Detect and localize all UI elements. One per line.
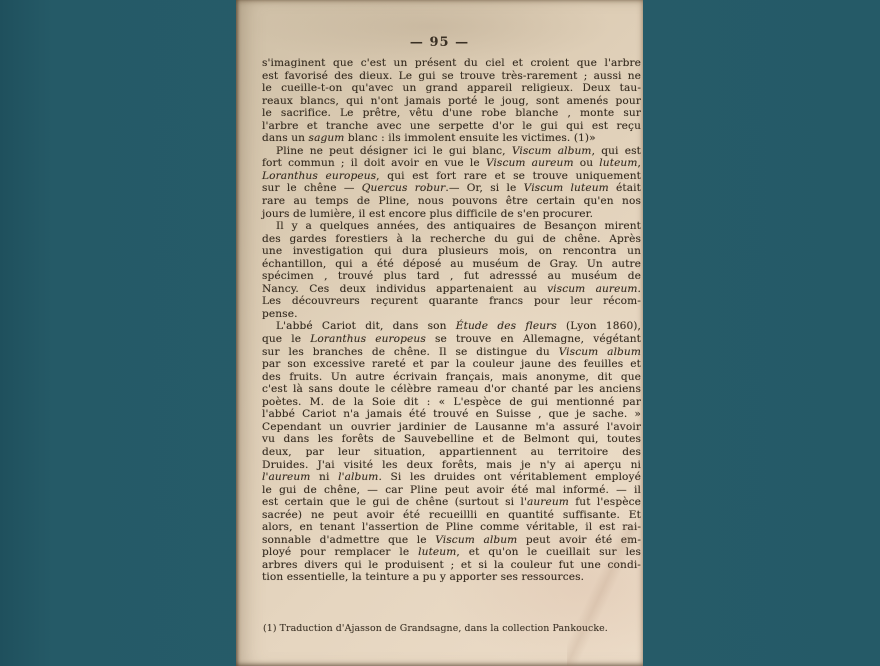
- footnote: (1) Traduction d'Ajasson de Grandsagne, …: [263, 623, 635, 634]
- text-segment: peut avoir été em-: [517, 534, 641, 546]
- text-segment: fut l'espèce: [569, 496, 641, 508]
- text-segment: pense.: [262, 308, 298, 320]
- text-segment: dans un: [262, 132, 309, 144]
- text-segment: le cueille-t-on qu'avec un grand apparei…: [262, 82, 641, 94]
- text-line: Nancy. Ces deux individus appartenaient …: [262, 283, 641, 296]
- text-line: dans un sagum blanc : ils immolent ensui…: [262, 132, 641, 145]
- latin-species-name: Viscum luteum: [524, 182, 609, 194]
- text-line: le cueille-t-on qu'avec un grand apparei…: [262, 82, 641, 95]
- latin-species-name: Viscum album: [559, 346, 641, 358]
- text-segment: spécimen , trouvé plus tard , fut adress…: [262, 270, 641, 282]
- text-segment: sur le chêne —: [262, 182, 362, 194]
- text-block: s'imaginent que c'est un présent du ciel…: [262, 57, 641, 584]
- text-line: pense.: [262, 308, 641, 321]
- text-line: Il y a quelques années, des antiquaires …: [262, 220, 641, 233]
- text-segment: le gui de chêne, — car Pline peut avoir …: [262, 484, 641, 496]
- text-line: reaux blancs, qui n'ont jamais porté le …: [262, 95, 641, 108]
- text-segment: (Lyon 1860),: [557, 320, 641, 332]
- text-segment: . Si les druides ont véritablement emplo…: [378, 471, 641, 483]
- text-line: l'arbre et tranche avec une serpette d'o…: [262, 120, 641, 133]
- text-line: Cependant un ouvrier jardinier de Lausan…: [262, 421, 641, 434]
- text-segment: Nancy. Ces deux individus appartenaient …: [262, 283, 547, 295]
- latin-species-name: sagum: [309, 132, 345, 144]
- text-segment: , qui est fort rare et se trouve uniquem…: [376, 170, 641, 182]
- latin-species-name: Étude des fleurs: [456, 320, 557, 332]
- paragraph: Pline ne peut désigner ici le gui blanc,…: [262, 145, 641, 220]
- paragraph: s'imaginent que c'est un présent du ciel…: [262, 57, 641, 145]
- text-line: L'abbé Cariot dit, dans son Étude des fl…: [262, 320, 641, 333]
- text-segment: blanc : ils immolent ensuite les victime…: [344, 132, 595, 144]
- text-line: poètes. M. de la Soie dit : « L'espèce d…: [262, 396, 641, 409]
- text-line: s'imaginent que c'est un présent du ciel…: [262, 57, 641, 70]
- text-segment: alors, en tenant l'assertion de Pline co…: [262, 521, 641, 533]
- text-segment: .— Or, si le: [445, 182, 523, 194]
- text-segment: vu dans les forêts de Sauvebelline et de…: [262, 433, 641, 445]
- text-line: sur les branches de chêne. Il se disting…: [262, 346, 641, 359]
- text-segment: reaux blancs, qui n'ont jamais porté le …: [262, 95, 641, 107]
- text-line: sacrée) ne peut avoir été recueillli en …: [262, 509, 641, 522]
- book-page: — 95 — s'imaginent que c'est un présent …: [236, 0, 643, 666]
- text-segment: Druides. J'ai visité les deux forêts, ma…: [262, 459, 641, 471]
- text-segment: se trouve en Allemagne, végétant: [426, 333, 641, 345]
- text-segment: l'abbé Cariot n'a jamais été trouvé en S…: [262, 408, 641, 420]
- text-line: arbres divers qui le produisent ; et si …: [262, 559, 641, 572]
- latin-species-name: Viscum aureum: [486, 157, 574, 169]
- text-segment: fort commun ; il doit avoir en vue le: [262, 157, 486, 169]
- text-line: alors, en tenant l'assertion de Pline co…: [262, 521, 641, 534]
- text-segment: une investigation qui dura plusieurs moi…: [262, 245, 641, 257]
- page-number: — 95 —: [236, 35, 643, 50]
- text-line: est favorisé des dieux. Le gui se trouve…: [262, 70, 641, 83]
- text-line: sonnable d'admettre que le Viscum album …: [262, 534, 641, 547]
- text-segment: arbres divers qui le produisent ; et si …: [262, 559, 641, 571]
- latin-species-name: aureum: [527, 496, 569, 508]
- latin-species-name: Quercus robur: [362, 182, 446, 194]
- text-segment: ployé pour remplacer le: [262, 546, 418, 558]
- text-segment: Cependant un ouvrier jardinier de Lausan…: [262, 421, 641, 433]
- text-segment: est certain que le gui de chêne (surtout…: [262, 496, 527, 508]
- text-segment: Pline ne peut désigner ici le gui blanc,: [276, 145, 512, 157]
- text-line: des gardes forestiers à la recherche du …: [262, 233, 641, 246]
- text-line: spécimen , trouvé plus tard , fut adress…: [262, 270, 641, 283]
- text-line: Les découvreurs reçurent quarante francs…: [262, 295, 641, 308]
- text-line: le gui de chêne, — car Pline peut avoir …: [262, 484, 641, 497]
- text-segment: ou: [574, 157, 600, 169]
- latin-species-name: luteum: [599, 157, 637, 169]
- text-line: une investigation qui dura plusieurs moi…: [262, 245, 641, 258]
- text-line: Druides. J'ai visité les deux forêts, ma…: [262, 459, 641, 472]
- text-segment: , et qu'on le cueillait sur les: [456, 546, 641, 558]
- text-line: c'est là sans doute le célèbre rameau d'…: [262, 383, 641, 396]
- text-segment: était: [609, 182, 641, 194]
- text-line: sur le chêne — Quercus robur.— Or, si le…: [262, 182, 641, 195]
- text-segment: L'abbé Cariot dit, dans son: [276, 320, 456, 332]
- text-segment: .: [638, 283, 641, 295]
- text-segment: deux, par leur situation, appartiennent …: [262, 446, 641, 458]
- text-segment: c'est là sans doute le célèbre rameau d'…: [262, 383, 641, 395]
- text-segment: poètes. M. de la Soie dit : « L'espèce d…: [262, 396, 641, 408]
- text-segment: sonnable d'admettre que le: [262, 534, 435, 546]
- paragraph: Il y a quelques années, des antiquaires …: [262, 220, 641, 320]
- text-segment: sur les branches de chêne. Il se disting…: [262, 346, 559, 358]
- text-line: vu dans les forêts de Sauvebelline et de…: [262, 433, 641, 446]
- text-line: que le Loranthus europeus se trouve en A…: [262, 333, 641, 346]
- text-line: échantillon, qui a été déposé au muséum …: [262, 258, 641, 271]
- text-segment: ,: [638, 157, 641, 169]
- text-segment: sacrée) ne peut avoir été recueillli en …: [262, 509, 641, 521]
- text-segment: , qui est: [592, 145, 641, 157]
- paragraph: L'abbé Cariot dit, dans son Étude des fl…: [262, 320, 641, 583]
- text-segment: s'imaginent que c'est un présent du ciel…: [262, 57, 641, 69]
- text-segment: des fruits. Un autre écrivain français, …: [262, 371, 641, 383]
- latin-species-name: l'aureum: [262, 471, 310, 483]
- text-segment: Il y a quelques années, des antiquaires …: [276, 220, 641, 232]
- text-segment: est favorisé des dieux. Le gui se trouve…: [262, 70, 641, 82]
- text-line: jours de lumière, il est encore plus dif…: [262, 208, 641, 221]
- latin-species-name: viscum aureum: [547, 283, 637, 295]
- text-line: le sacrifice. Le prêtre, vêtu d'une robe…: [262, 107, 641, 120]
- latin-species-name: luteum: [418, 546, 456, 558]
- text-segment: que le: [262, 333, 310, 345]
- text-line: Loranthus europeus, qui est fort rare et…: [262, 170, 641, 183]
- latin-species-name: l'album: [338, 471, 378, 483]
- text-segment: jours de lumière, il est encore plus dif…: [262, 208, 593, 220]
- text-line: rare au temps de Pline, nous pouvons êtr…: [262, 195, 641, 208]
- text-segment: l'arbre et tranche avec une serpette d'o…: [262, 120, 641, 132]
- text-segment: ni: [310, 471, 338, 483]
- text-segment: le sacrifice. Le prêtre, vêtu d'une robe…: [262, 107, 641, 119]
- text-line: ployé pour remplacer le luteum, et qu'on…: [262, 546, 641, 559]
- text-line: l'aureum ni l'album. Si les druides ont …: [262, 471, 641, 484]
- text-line: des fruits. Un autre écrivain français, …: [262, 371, 641, 384]
- latin-species-name: Loranthus europeus: [262, 170, 376, 182]
- text-line: tion essentielle, la teinture a pu y app…: [262, 571, 641, 584]
- text-line: par son excessive rareté et par la coule…: [262, 358, 641, 371]
- text-line: Pline ne peut désigner ici le gui blanc,…: [262, 145, 641, 158]
- text-segment: par son excessive rareté et par la coule…: [262, 358, 641, 370]
- latin-species-name: Viscum album: [512, 145, 592, 157]
- text-segment: des gardes forestiers à la recherche du …: [262, 233, 641, 245]
- latin-species-name: Viscum album: [435, 534, 517, 546]
- text-segment: tion essentielle, la teinture a pu y app…: [262, 571, 584, 583]
- latin-species-name: Loranthus europeus: [310, 333, 426, 345]
- text-segment: échantillon, qui a été déposé au muséum …: [262, 258, 641, 270]
- text-line: deux, par leur situation, appartiennent …: [262, 446, 641, 459]
- text-segment: Les découvreurs reçurent quarante francs…: [262, 295, 641, 307]
- text-line: l'abbé Cariot n'a jamais été trouvé en S…: [262, 408, 641, 421]
- text-line: fort commun ; il doit avoir en vue le Vi…: [262, 157, 641, 170]
- text-line: est certain que le gui de chêne (surtout…: [262, 496, 641, 509]
- text-segment: rare au temps de Pline, nous pouvons êtr…: [262, 195, 641, 207]
